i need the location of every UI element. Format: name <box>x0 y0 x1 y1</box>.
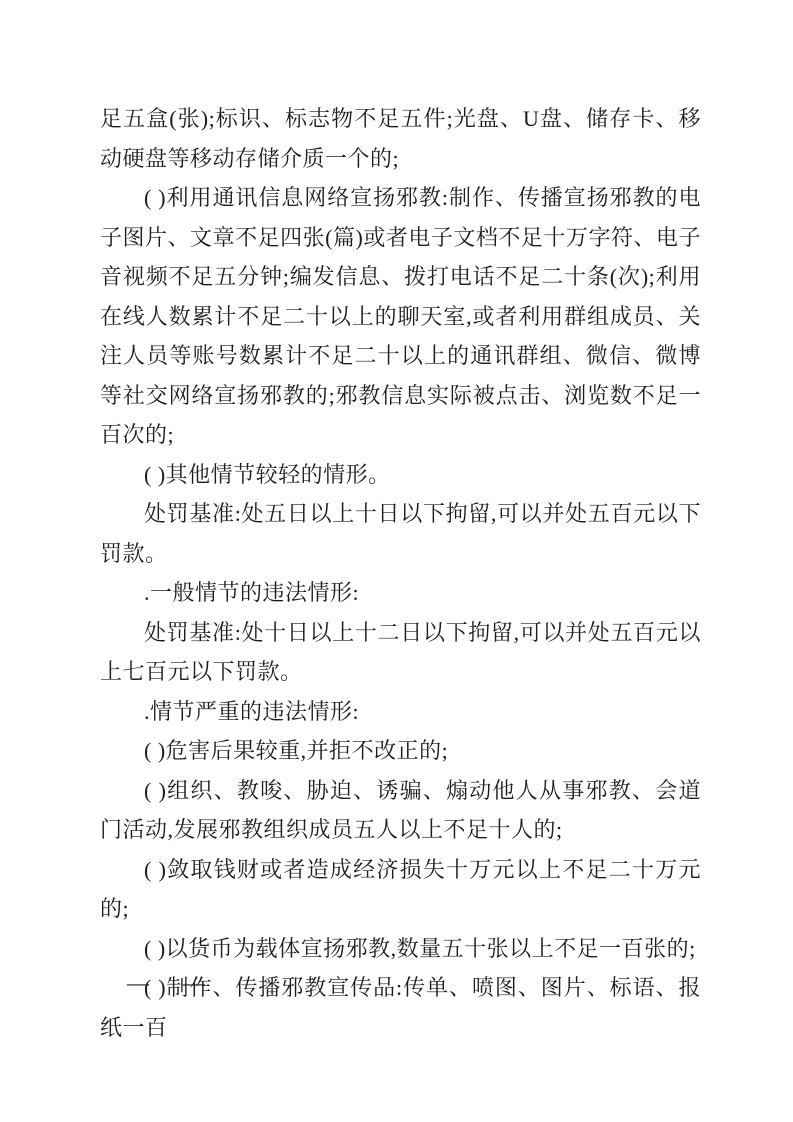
para-currency-propaganda: ( )以货币为载体宣扬邪教,数量五十张以上不足一百张的; <box>100 929 701 969</box>
para-refuse-to-correct: ( )危害后果较重,并拒不改正的; <box>100 731 701 771</box>
para-penalty-basis-general: 处罚基准:处十日以上十二日以下拘留,可以并处五百元以上七百元以下罚款。 <box>100 613 701 692</box>
page-number-marker: — — <box>127 970 211 995</box>
para-network-propaganda: ( )利用通讯信息网络宣扬邪教:制作、传播宣扬邪教的电子图片、文章不足四张(篇)… <box>100 178 701 455</box>
para-other-minor-circumstances: ( )其他情节较轻的情形。 <box>100 455 701 495</box>
para-penalty-basis-minor: 处罚基准:处五日以上十日以下拘留,可以并处五百元以下罚款。 <box>100 494 701 573</box>
document-page: 足五盒(张);标识、标志物不足五件;光盘、U盘、储存卡、移动硬盘等移动存储介质一… <box>0 0 793 1122</box>
document-body: 足五盒(张);标识、标志物不足五件;光盘、U盘、储存卡、移动硬盘等移动存储介质一… <box>100 99 701 1047</box>
para-organize-incite: ( )组织、教唆、胁迫、诱骗、煽动他人从事邪教、会道门活动,发展邪教组织成员五人… <box>100 771 701 850</box>
para-storage-media-continuation: 足五盒(张);标识、标志物不足五件;光盘、U盘、储存卡、移动硬盘等移动存储介质一… <box>100 99 701 178</box>
para-collect-money-loss: ( )敛取钱财或者造成经济损失十万元以上不足二十万元的; <box>100 850 701 929</box>
para-serious-circumstances-heading: .情节严重的违法情形: <box>100 692 701 732</box>
page-footer: — — <box>127 966 211 997</box>
para-general-circumstances-heading: .一般情节的违法情形: <box>100 573 701 613</box>
